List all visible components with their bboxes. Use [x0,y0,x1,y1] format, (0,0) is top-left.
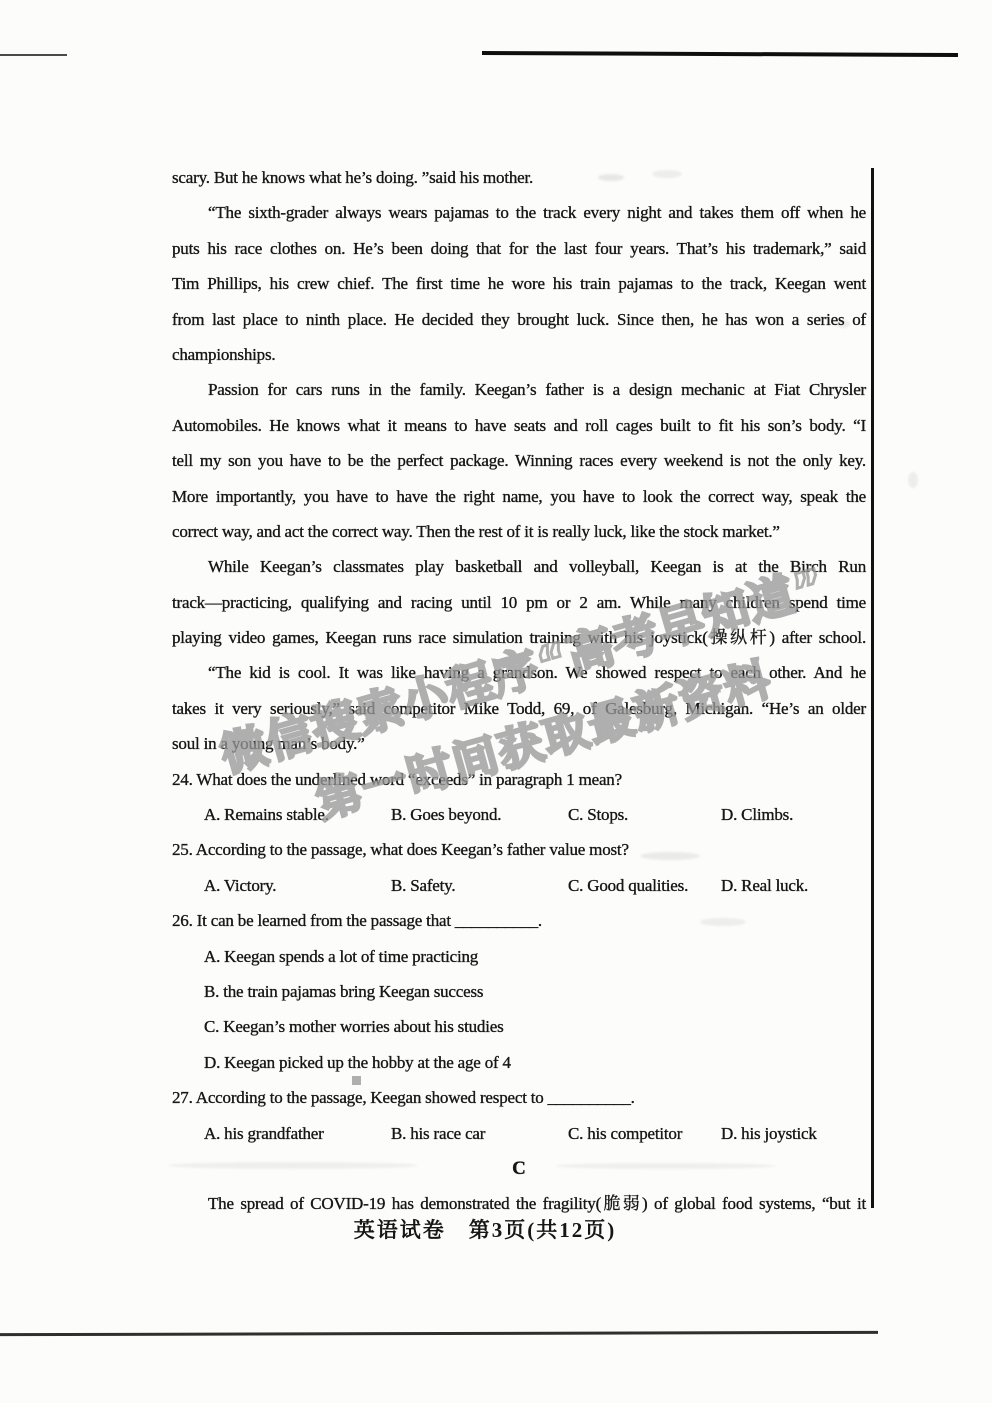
option-item: B. Safety. [391,868,455,903]
text-line: “The kid is cool. It was like having a g… [172,655,866,690]
option-item: B. his race car [391,1116,485,1151]
exam-page: scary. But he knows what he’s doing. ”sa… [0,0,992,1403]
text-line: playing video games, Keegan runs race si… [172,620,866,655]
section-label: C [172,1151,866,1186]
option-item: B. the train pajamas bring Keegan succes… [172,974,866,1009]
options-row: A. Remains stable.B. Goes beyond.C. Stop… [172,797,866,832]
option-item: A. his grandfather [204,1116,324,1151]
option-item: A. Keegan spends a lot of time practicin… [172,939,866,974]
text-line: tell my son you have to be the perfect p… [172,443,866,478]
option-item: A. Victory. [204,868,276,903]
question-line: 26. It can be learned from the passage t… [172,903,866,938]
question-line: 24. What does the underlined word “excee… [172,762,866,797]
options-row: A. Victory.B. Safety.C. Good qualities.D… [172,868,866,903]
text-line: Tim Phillips, his crew chief. The first … [172,266,866,301]
text-line: More importantly, you have to have the r… [172,479,866,514]
text-line: from last place to ninth place. He decid… [172,302,866,337]
text-line: scary. But he knows what he’s doing. ”sa… [172,160,866,195]
option-item: C. his competitor [568,1116,682,1151]
option-item: C. Keegan’s mother worries about his stu… [172,1009,866,1044]
text-line: Automobiles. He knows what it means to h… [172,408,866,443]
text-line: Passion for cars runs in the family. Kee… [172,372,866,407]
text-line: “The sixth-grader always wears pajamas t… [172,195,866,230]
option-item: D. his joystick [721,1116,817,1151]
option-item: B. Goes beyond. [391,797,501,832]
top-left-rule [0,54,67,56]
scan-speck [908,472,918,488]
text-line: correct way, and act the correct way. Th… [172,514,866,549]
bottom-border-rule [0,1331,878,1336]
text-line: track—practicing, qualifying and racing … [172,585,866,620]
right-border-rule [871,168,874,1208]
option-item: A. Remains stable. [204,797,329,832]
text-line: While Keegan’s classmates play basketbal… [172,549,866,584]
question-line: 25. According to the passage, what does … [172,832,866,867]
question-line: 27. According to the passage, Keegan sho… [172,1080,866,1115]
option-item: D. Climbs. [721,797,793,832]
options-row: A. his grandfatherB. his race carC. his … [172,1116,866,1151]
option-item: C. Stops. [568,797,628,832]
page-footer: 英语试卷 第3页(共12页) [170,1214,800,1244]
text-line: championships. [172,337,866,372]
text-line: soul in a young man’s body.” [172,726,866,761]
top-right-rule [482,51,958,57]
text-line: takes it very seriously,” said competito… [172,691,866,726]
option-item: D. Real luck. [721,868,808,903]
option-item: D. Keegan picked up the hobby at the age… [172,1045,866,1080]
option-item: C. Good qualities. [568,868,688,903]
document-text-block: scary. But he knows what he’s doing. ”sa… [172,160,866,1222]
text-line: puts his race clothes on. He’s been doin… [172,231,866,266]
